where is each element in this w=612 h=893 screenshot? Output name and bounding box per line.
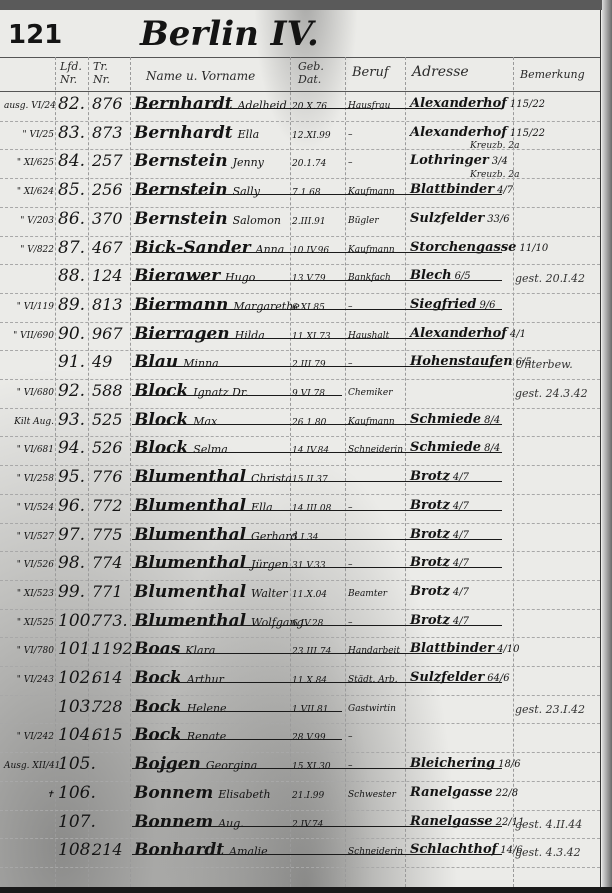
person-name: BlauMinna xyxy=(134,352,219,372)
street: Brotz xyxy=(410,584,450,599)
birth-date: 7.1.68 xyxy=(292,188,344,198)
first-name: Helene xyxy=(187,702,227,715)
margin-note: " V/203 xyxy=(4,216,54,226)
birth-date: 11.X.04 xyxy=(292,590,344,600)
house-number: 22/8 xyxy=(496,788,518,799)
margin-note: " VI/242 xyxy=(4,732,54,742)
person-name: BlumenthalJürgen xyxy=(134,553,288,573)
lfd-nr: 101. xyxy=(58,639,88,659)
birth-date: 6.IV.28 xyxy=(292,619,344,629)
birth-date: 2.III.79 xyxy=(292,360,344,370)
strikethrough-line xyxy=(132,739,342,740)
register-row: " VI/780 101. 1192 BoasKlara 23.III.74 H… xyxy=(0,637,600,664)
lfd-nr: 104. xyxy=(58,725,88,745)
first-name: Ella xyxy=(238,128,260,141)
lfd-nr: 96. xyxy=(58,496,88,516)
person-name: BiermannMargarethe xyxy=(134,295,300,315)
margin-note: Ausg. XII/41 xyxy=(4,761,54,771)
house-number: 4/1 xyxy=(510,329,526,340)
person-name: BlumenthalWalter xyxy=(134,582,288,602)
margin-note: " VI/681 xyxy=(4,445,54,455)
first-name: Klara xyxy=(185,644,215,657)
strikethrough-line xyxy=(132,481,502,482)
scan-right-edge xyxy=(602,0,612,893)
remark: Unterbew. xyxy=(515,358,573,371)
register-row: " XI/523 99. 771 BlumenthalWalter 11.X.0… xyxy=(0,580,600,607)
register-row: " VI/681 94. 526 BlockSelma 14.IV.84 Sch… xyxy=(0,436,600,463)
birth-date: 28.V.99 xyxy=(292,733,344,743)
lfd-nr: 107. xyxy=(58,812,88,832)
register-row: " VI/526 98. 774 BlumenthalJürgen 31.V.3… xyxy=(0,551,600,578)
register-row: " V/822 87. 467 Bick-SanderAnna 10.IV.96… xyxy=(0,236,600,263)
first-name: Renate xyxy=(187,730,226,743)
surname: Blumenthal xyxy=(134,467,246,487)
street: Alexanderhof xyxy=(410,125,507,140)
birth-date: 21.I.99 xyxy=(292,791,344,801)
tr-nr: 873 xyxy=(92,123,130,142)
occupation: Chemiker xyxy=(348,388,404,398)
register-page: 121 Berlin IV. Lfd. Nr. Tr. Nr. Name u. … xyxy=(0,0,612,893)
birth-date: 23.III.74 xyxy=(292,647,344,657)
person-name: BlumenthalElla xyxy=(134,496,273,516)
address xyxy=(410,383,413,398)
lfd-nr: 102. xyxy=(58,668,88,688)
person-name: BonhardtAmalie xyxy=(134,840,268,860)
birth-date: 14.III.08 xyxy=(292,504,344,514)
surname: Bonhardt xyxy=(134,840,224,860)
house-number: 115/22 xyxy=(510,99,545,110)
surname: Blumenthal xyxy=(134,525,246,545)
surname: Bernstein xyxy=(134,151,228,171)
margin-note: " V/822 xyxy=(4,245,54,255)
strikethrough-line xyxy=(132,768,502,769)
header-adresse: Adresse xyxy=(412,66,469,79)
register-row: " VI/680 92. 588 BlockIgnatz Dr. 9.VI.78… xyxy=(0,379,600,406)
surname: Bock xyxy=(134,725,182,745)
remark: gest. 23.I.42 xyxy=(515,703,585,716)
first-name: Elisabeth xyxy=(218,788,270,801)
occupation: Beamter xyxy=(348,589,404,599)
lfd-nr: 103. xyxy=(58,697,88,717)
scan-bottom-edge xyxy=(0,887,612,893)
lfd-nr: 97. xyxy=(58,525,88,545)
surname: Blumenthal xyxy=(134,582,246,602)
strikethrough-line xyxy=(132,510,502,511)
person-name: BockRenate xyxy=(134,725,226,745)
person-name: BlockSelma xyxy=(134,438,228,458)
lfd-nr: 100. xyxy=(58,611,88,631)
tr-nr: 967 xyxy=(92,324,130,343)
address: Sulzfelder33/6 xyxy=(410,211,510,226)
register-row: " VI/243 102. 614 BockArthur 11.X.84 Stä… xyxy=(0,666,600,693)
margin-note: " XI/525 xyxy=(4,618,54,628)
header-bemerkung: Bemerkung xyxy=(520,68,585,81)
lfd-nr: 88. xyxy=(58,266,88,286)
first-name: Selma xyxy=(193,443,228,456)
header-top-rule xyxy=(0,57,600,58)
occupation: – xyxy=(348,732,404,742)
strikethrough-line xyxy=(132,682,502,683)
lfd-nr: 85. xyxy=(58,180,88,200)
tr-nr: 588 xyxy=(92,381,130,400)
first-name: Adelheid xyxy=(238,99,287,112)
register-row: 88. 124 BierawerHugo 13.V.79 Bankfach Bl… xyxy=(0,264,600,291)
margin-note: " VI/258 xyxy=(4,474,54,484)
person-name: BockHelene xyxy=(134,697,227,717)
tr-nr: 256 xyxy=(92,180,130,199)
person-name: BlumenthalGerhard xyxy=(134,525,298,545)
birth-date: 1.VII.81 xyxy=(292,705,344,715)
occupation: – xyxy=(348,130,404,140)
lfd-nr: 95. xyxy=(58,467,88,487)
tr-nr: 615 xyxy=(92,725,130,744)
strikethrough-line xyxy=(132,194,502,195)
birth-date: 11.XI.73 xyxy=(292,332,344,342)
tr-nr: 614 xyxy=(92,668,130,687)
person-name: BoasKlara xyxy=(134,639,215,659)
occupation: Schneiderin xyxy=(348,847,404,857)
address xyxy=(410,699,413,714)
address-correction: Kreuzb. 2a xyxy=(470,170,519,180)
occupation: – xyxy=(348,560,404,570)
strikethrough-line xyxy=(132,539,502,540)
tr-nr: 773. xyxy=(92,611,130,630)
surname: Blumenthal xyxy=(134,496,246,516)
strikethrough-line xyxy=(132,625,502,626)
register-row: " VI/119 89. 813 BiermannMargarethe 6.XI… xyxy=(0,293,600,320)
occupation: – xyxy=(348,503,404,513)
surname: Bonnem xyxy=(134,812,213,832)
tr-nr: 467 xyxy=(92,238,130,257)
margin-note: " VI/780 xyxy=(4,646,54,656)
row-rule xyxy=(0,867,600,868)
lfd-nr: 106. xyxy=(58,783,88,803)
first-name: Aug. xyxy=(218,817,244,830)
margin-note: " XI/625 xyxy=(4,158,54,168)
remark: gest. 4.3.42 xyxy=(515,846,581,859)
surname: Bierawer xyxy=(134,266,220,286)
first-name: Christa xyxy=(251,472,292,485)
occupation: Schwester xyxy=(348,790,404,800)
register-row: 108. 214 BonhardtAmalie Schneiderin Schl… xyxy=(0,838,600,865)
occupation: – xyxy=(348,618,404,628)
person-name: BernsteinSally xyxy=(134,180,260,200)
tr-nr: 775 xyxy=(92,525,130,544)
remark: gest. 20.I.42 xyxy=(515,272,585,285)
birth-date: 2.III.91 xyxy=(292,217,344,227)
occupation: Bankfach xyxy=(348,273,404,283)
margin-note: " XI/624 xyxy=(4,187,54,197)
header-name: Name u. Vorname xyxy=(146,70,255,83)
tr-nr: 49 xyxy=(92,352,130,371)
occupation: – xyxy=(348,302,404,312)
address xyxy=(410,727,413,742)
margin-note: " VII/690 xyxy=(4,331,54,341)
tr-nr: 728 xyxy=(92,697,130,716)
birth-date: 20.1.74 xyxy=(292,159,344,169)
lfd-nr: 108. xyxy=(58,840,88,860)
house-number: 11/10 xyxy=(519,243,548,254)
tr-nr: 525 xyxy=(92,410,130,429)
first-name: Jürgen xyxy=(251,558,288,571)
header-tr-nr: Tr. Nr. xyxy=(93,60,123,86)
tr-nr: 776 xyxy=(92,467,130,486)
register-row: " VI/242 104. 615 BockRenate 28.V.99 – xyxy=(0,723,600,750)
surname: Block xyxy=(134,381,188,401)
first-name: Walter xyxy=(251,587,288,600)
first-name: Gerhard xyxy=(251,530,298,543)
lfd-nr: 84. xyxy=(58,151,88,171)
house-number: 115/22 xyxy=(510,128,545,139)
lfd-nr: 82. xyxy=(58,94,88,114)
occupation: Handarbeit xyxy=(348,646,404,656)
house-number: 3/4 xyxy=(492,156,508,167)
page-right-rule xyxy=(600,10,601,887)
lfd-nr: 87. xyxy=(58,238,88,258)
tr-nr: 214 xyxy=(92,840,130,859)
first-name: Georgina xyxy=(206,759,257,772)
strikethrough-line xyxy=(132,826,502,827)
person-name: BlockIgnatz Dr. xyxy=(134,381,248,401)
birth-date: 15.II.37 xyxy=(292,475,344,485)
person-name: BernsteinSalomon xyxy=(134,209,281,229)
strikethrough-line xyxy=(132,395,342,396)
person-name: BockArthur xyxy=(134,668,224,688)
surname: Bonnem xyxy=(134,783,213,803)
birth-date: 5.I.34 xyxy=(292,533,344,543)
lfd-nr: 91. xyxy=(58,352,88,372)
strikethrough-line xyxy=(132,252,502,253)
first-name: Arthur xyxy=(187,673,224,686)
header-geb-dat: Geb. Dat. xyxy=(298,60,338,86)
strikethrough-line xyxy=(132,653,502,654)
surname: Bick-Sander xyxy=(134,238,251,258)
tr-nr: 257 xyxy=(92,151,130,170)
first-name: Hugo xyxy=(225,271,255,284)
lfd-nr: 83. xyxy=(58,123,88,143)
register-row: 103. 728 BockHelene 1.VII.81 Gastwirtin … xyxy=(0,695,600,722)
register-row: ✝ 106. BonnemElisabeth 21.I.99 Schwester… xyxy=(0,781,600,808)
tr-nr: 771 xyxy=(92,582,130,601)
strikethrough-line xyxy=(132,309,502,310)
register-row: 91. 49 BlauMinna 2.III.79 – Hohenstaufen… xyxy=(0,350,600,377)
strikethrough-line xyxy=(132,338,502,339)
first-name: Anna xyxy=(256,243,285,256)
lfd-nr: 93. xyxy=(58,410,88,430)
register-row: " VI/527 97. 775 BlumenthalGerhard 5.I.3… xyxy=(0,523,600,550)
birth-date: 31.V.33 xyxy=(292,561,344,571)
header-beruf: Beruf xyxy=(352,66,389,79)
first-name: Max xyxy=(193,415,217,428)
strikethrough-line xyxy=(132,424,502,425)
person-name: Bick-SanderAnna xyxy=(134,238,284,258)
house-number: 33/6 xyxy=(487,214,509,225)
register-row: 107. BonnemAug. 2.IV.74 Ranelgasse22/11 … xyxy=(0,810,600,837)
address: Brotz4/7 xyxy=(410,584,469,599)
margin-note: " VI/119 xyxy=(4,302,54,312)
occupation: Schneiderin xyxy=(348,445,404,455)
birth-date: 10.IV.96 xyxy=(292,246,344,256)
address-correction: Kreuzb. 2a xyxy=(470,141,519,151)
birth-date: 9.VI.78 xyxy=(292,389,344,399)
margin-note: " XI/523 xyxy=(4,589,54,599)
occupation: Bügler xyxy=(348,216,404,226)
occupation: Kaufmann xyxy=(348,187,404,197)
strikethrough-line xyxy=(132,711,342,712)
tr-nr: 1192 xyxy=(92,639,130,658)
birth-date: 2.IV.74 xyxy=(292,820,344,830)
surname: Bojgen xyxy=(134,754,201,774)
person-name: BlockMax xyxy=(134,410,217,430)
tr-nr: 124 xyxy=(92,266,130,285)
person-name: BlumenthalWolfgang xyxy=(134,611,304,631)
register-row: " VI/258 95. 776 BlumenthalChrista 15.II… xyxy=(0,465,600,492)
tr-nr: 370 xyxy=(92,209,130,228)
surname: Block xyxy=(134,438,188,458)
surname: Bernhardt xyxy=(134,123,233,143)
surname: Bernstein xyxy=(134,209,228,229)
register-row: " XI/624 85. 256 BernsteinSally 7.1.68 K… xyxy=(0,178,600,205)
house-number: 4/7 xyxy=(453,587,469,598)
strikethrough-line xyxy=(132,567,502,568)
street: Lothringer xyxy=(410,153,489,168)
strikethrough-line xyxy=(132,452,502,453)
surname: Boas xyxy=(134,639,180,659)
surname: Blumenthal xyxy=(134,553,246,573)
tr-nr: 774 xyxy=(92,553,130,572)
first-name: Ignatz Dr. xyxy=(193,386,248,399)
person-name: BlumenthalChrista xyxy=(134,467,292,487)
remark: gest. 24.3.42 xyxy=(515,387,588,400)
birth-date: 13.V.79 xyxy=(292,274,344,284)
margin-note: " VI/680 xyxy=(4,388,54,398)
lfd-nr: 86. xyxy=(58,209,88,229)
person-name: BonnemAug. xyxy=(134,812,244,832)
page-number: 121 xyxy=(8,20,62,50)
first-name: Salomon xyxy=(233,214,281,227)
first-name: Hilda xyxy=(235,329,265,342)
birth-date: 15.XI.30 xyxy=(292,762,344,772)
birth-date: 6.XI.85 xyxy=(292,303,344,313)
person-name: BonnemElisabeth xyxy=(134,783,271,803)
person-name: BierragenHilda xyxy=(134,324,265,344)
birth-date: 14.IV.84 xyxy=(292,446,344,456)
occupation: – xyxy=(348,761,404,771)
lfd-nr: 105. xyxy=(58,754,88,774)
occupation: Städt. Arb. xyxy=(348,675,404,685)
birth-date: 11.X.84 xyxy=(292,676,344,686)
surname: Blumenthal xyxy=(134,611,246,631)
margin-note: " VI/25 xyxy=(4,130,54,140)
margin-note: " VI/526 xyxy=(4,560,54,570)
occupation: Hausfrau xyxy=(348,101,404,111)
tr-nr: 876 xyxy=(92,94,130,113)
first-name: Margarethe xyxy=(233,300,299,313)
surname: Blau xyxy=(134,352,178,372)
birth-date: 20.X.76 xyxy=(292,102,344,112)
margin-note: Kilt Aug. xyxy=(4,417,54,427)
surname: Block xyxy=(134,410,188,430)
register-row: " XI/525 100. 773. BlumenthalWolfgang 6.… xyxy=(0,609,600,636)
occupation: Haushalt xyxy=(348,331,404,341)
margin-note: ausg. VI/24 xyxy=(4,101,54,111)
register-row: " VI/524 96. 772 BlumenthalElla 14.III.0… xyxy=(0,494,600,521)
lfd-nr: 94. xyxy=(58,438,88,458)
lfd-nr: 98. xyxy=(58,553,88,573)
person-name: BierawerHugo xyxy=(134,266,255,286)
address: Ranelgasse22/8 xyxy=(410,785,518,800)
occupation: Kaufmann xyxy=(348,245,404,255)
surname: Bernstein xyxy=(134,180,228,200)
register-row: ausg. VI/24 82. 876 BernhardtAdelheid 20… xyxy=(0,92,600,119)
register-row: " V/203 86. 370 BernsteinSalomon 2.III.9… xyxy=(0,207,600,234)
first-name: Jenny xyxy=(233,156,264,169)
occupation: – xyxy=(348,158,404,168)
strikethrough-line xyxy=(132,280,502,281)
lfd-nr: 99. xyxy=(58,582,88,602)
margin-note: ✝ xyxy=(4,790,54,800)
first-name: Minna xyxy=(183,357,219,370)
first-name: Amalie xyxy=(229,845,267,858)
tr-nr: 526 xyxy=(92,438,130,457)
occupation: – xyxy=(348,359,404,369)
header-lfd-nr: Lfd. Nr. xyxy=(60,60,86,86)
birth-date: 26.1.80 xyxy=(292,418,344,428)
lfd-nr: 92. xyxy=(58,381,88,401)
surname: Bernhardt xyxy=(134,94,233,114)
surname: Bock xyxy=(134,668,182,688)
person-name: BojgenGeorgina xyxy=(134,754,257,774)
birth-date: 12.XI.99 xyxy=(292,131,344,141)
margin-note: " VI/524 xyxy=(4,503,54,513)
street: Ranelgasse xyxy=(410,785,493,800)
person-name: BernsteinJenny xyxy=(134,151,264,171)
strikethrough-line xyxy=(132,108,502,109)
occupation: Kaufmann xyxy=(348,417,404,427)
occupation: Gastwirtin xyxy=(348,704,404,714)
tr-nr: 772 xyxy=(92,496,130,515)
strikethrough-line xyxy=(132,854,502,855)
strikethrough-line xyxy=(132,366,502,367)
street: Sulzfelder xyxy=(410,211,484,226)
margin-note: " VI/243 xyxy=(4,675,54,685)
first-name: Sally xyxy=(233,185,260,198)
remark: gest. 4.II.44 xyxy=(515,818,582,831)
address: Lothringer3/4 xyxy=(410,153,508,168)
scan-top-edge xyxy=(0,0,612,10)
register-row: Ausg. XII/41 105. BojgenGeorgina 15.XI.3… xyxy=(0,752,600,779)
register-row: " VII/690 90. 967 BierragenHilda 11.XI.7… xyxy=(0,322,600,349)
lfd-nr: 89. xyxy=(58,295,88,315)
surname: Bock xyxy=(134,697,182,717)
surname: Biermann xyxy=(134,295,228,315)
tr-nr: 813 xyxy=(92,295,130,314)
surname: Bierragen xyxy=(134,324,230,344)
first-name: Ella xyxy=(251,501,273,514)
margin-note: " VI/527 xyxy=(4,532,54,542)
register-row: Kilt Aug. 93. 525 BlockMax 26.1.80 Kaufm… xyxy=(0,408,600,435)
page-title: Berlin IV. xyxy=(140,14,319,54)
address: Alexanderhof115/22 xyxy=(410,125,545,140)
person-name: BernhardtElla xyxy=(134,123,259,143)
lfd-nr: 90. xyxy=(58,324,88,344)
person-name: BernhardtAdelheid xyxy=(134,94,287,114)
